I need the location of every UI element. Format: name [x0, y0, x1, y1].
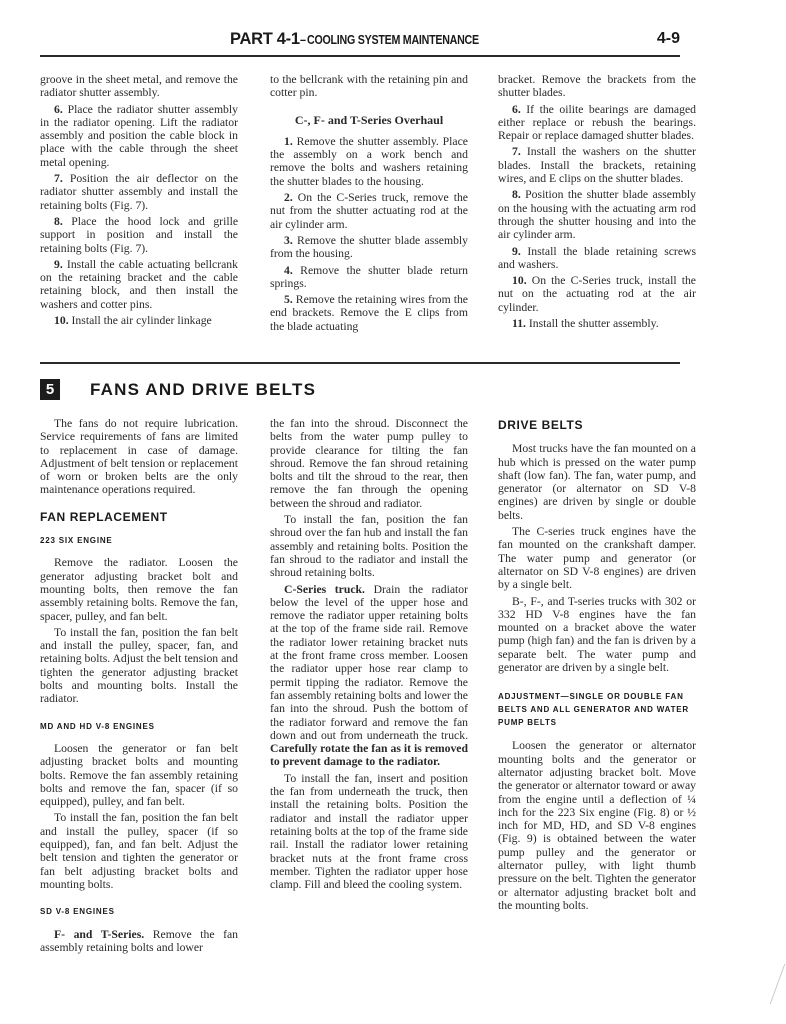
paragraph: Remove the radiator. Loosen the generato…	[40, 556, 238, 622]
paragraph: Most trucks have the fan mounted on a hu…	[498, 442, 696, 522]
title-separator: –	[300, 32, 306, 47]
step-9: 9. Install the blade retaining screws an…	[498, 245, 696, 272]
paragraph: groove in the sheet metal, and remove th…	[40, 73, 238, 100]
section-title: FANS AND DRIVE BELTS	[90, 379, 316, 400]
paragraph: bracket. Remove the brackets from the sh…	[498, 73, 696, 100]
paragraph: B-, F-, and T-series trucks with 302 or …	[498, 595, 696, 675]
paragraph: to the bellcrank with the retaining pin …	[270, 73, 468, 100]
step-11: 11. Install the shutter assembly.	[498, 317, 696, 330]
part-label: PART 4-1	[230, 30, 300, 48]
section-title: COOLING SYSTEM MAINTENANCE	[307, 32, 479, 47]
paragraph: Loosen the generator or fan belt adjusti…	[40, 742, 238, 808]
step-8: 8. Place the hood lock and grille suppor…	[40, 215, 238, 255]
step-4: 4. Remove the shutter blade return sprin…	[270, 264, 468, 291]
heading-md-hd-v8: MD AND HD V-8 ENGINES	[40, 720, 238, 733]
heading-adjustment: ADJUSTMENT—SINGLE OR DOUBLE FAN BELTS AN…	[498, 690, 696, 729]
step-5: 5. Remove the retaining wires from the e…	[270, 293, 468, 333]
paragraph: C-Series truck. Drain the radiator below…	[270, 583, 468, 769]
step-3: 3. Remove the shutter blade assembly fro…	[270, 234, 468, 261]
step-7: 7. Install the washers on the shutter bl…	[498, 145, 696, 185]
page-number: 4-9	[657, 30, 680, 48]
step-9: 9. Install the cable actuating bellcrank…	[40, 258, 238, 311]
page-edge-mark	[756, 964, 786, 1004]
paragraph: To install the fan, position the fan shr…	[270, 513, 468, 579]
step-10: 10. On the C-Series truck, install the n…	[498, 274, 696, 314]
top-column-2: to the bellcrank with the retaining pin …	[270, 73, 468, 336]
running-title: PART 4-1–COOLING SYSTEM MAINTENANCE	[230, 30, 516, 49]
paragraph: F- and T-Series. Remove the fan assembly…	[40, 928, 238, 955]
step-8: 8. Position the shutter blade assembly o…	[498, 188, 696, 241]
page-header: PART 4-1–COOLING SYSTEM MAINTENANCE 4-9	[40, 28, 680, 54]
section-number-badge: 5	[40, 379, 60, 400]
step-7: 7. Position the air deflector on the rad…	[40, 172, 238, 212]
step-10: 10. Install the air cylinder linkage	[40, 314, 238, 327]
top-column-3: bracket. Remove the brackets from the sh…	[498, 73, 696, 333]
paragraph: To install the fan, position the fan bel…	[40, 811, 238, 891]
paragraph: The C-series truck engines have the fan …	[498, 525, 696, 591]
section-column-2: the fan into the shroud. Disconnect the …	[270, 417, 468, 894]
step-6: 6. If the oilite bearings are damaged ei…	[498, 103, 696, 143]
section-divider	[40, 362, 680, 364]
step-6: 6. Place the radiator shutter assembly i…	[40, 103, 238, 169]
step-2: 2. On the C-Series truck, remove the nut…	[270, 191, 468, 231]
section-column-3: DRIVE BELTS Most trucks have the fan mou…	[498, 417, 696, 915]
top-column-1: groove in the sheet metal, and remove th…	[40, 73, 238, 330]
section-column-1: The fans do not require lubrication. Ser…	[40, 417, 238, 957]
paragraph: To install the fan, position the fan bel…	[40, 626, 238, 706]
heading-sd-v8: SD V-8 ENGINES	[40, 905, 238, 918]
paragraph: To install the fan, insert and position …	[270, 772, 468, 892]
heading-drive-belts: DRIVE BELTS	[498, 419, 696, 432]
heading-223-six-engine: 223 SIX ENGINE	[40, 534, 238, 547]
subheading-overhaul: C-, F- and T-Series Overhaul	[270, 114, 468, 127]
heading-fan-replacement: FAN REPLACEMENT	[40, 511, 238, 524]
paragraph: the fan into the shroud. Disconnect the …	[270, 417, 468, 510]
header-rule	[40, 55, 680, 57]
paragraph: Loosen the generator or alternator mount…	[498, 739, 696, 912]
step-1: 1. Remove the shutter assembly. Place th…	[270, 135, 468, 188]
intro-paragraph: The fans do not require lubrication. Ser…	[40, 417, 238, 497]
